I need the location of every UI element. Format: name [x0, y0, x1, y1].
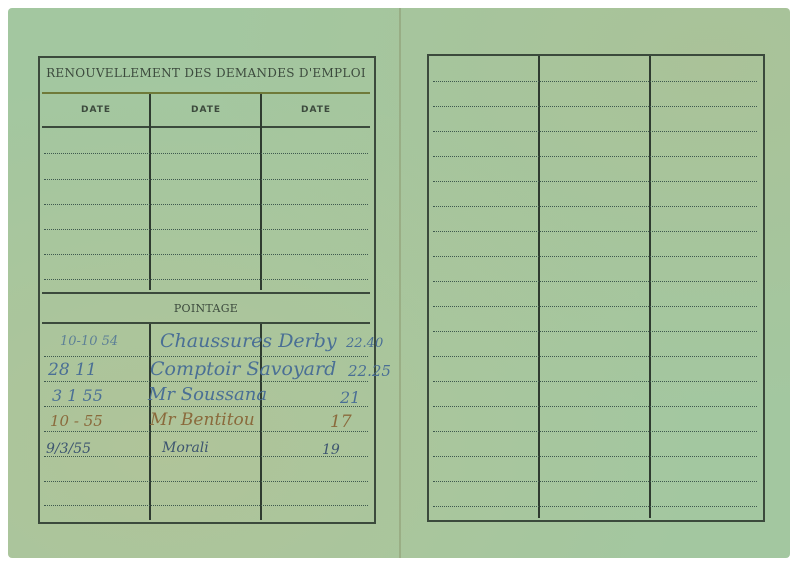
- pointage-row-line: [44, 381, 368, 382]
- entry-1-date: 10-10 54: [60, 334, 118, 349]
- pointage-title: POINTAGE: [40, 302, 372, 315]
- entry-3-date: 3 1 55: [52, 386, 103, 405]
- entry-2-amount: 22.25: [348, 362, 391, 380]
- right-row-line: [433, 181, 757, 182]
- pointage-row-line: [44, 456, 368, 457]
- right-row-line: [433, 281, 757, 282]
- entry-3-amount: 21: [340, 388, 360, 407]
- date-header-3: DATE: [262, 105, 370, 115]
- date-row-line: [44, 153, 368, 154]
- date-row-line: [44, 229, 368, 230]
- right-row-line: [433, 406, 757, 407]
- entry-2-employer: Comptoir Savoyard: [150, 358, 336, 380]
- right-row-line: [433, 256, 757, 257]
- right-row-line: [433, 231, 757, 232]
- pointage-col-divider-2: [260, 324, 262, 520]
- entry-5-amount: 19: [322, 442, 340, 458]
- right-row-line: [433, 456, 757, 457]
- right-col-divider-1: [538, 56, 540, 518]
- date-header-1: DATE: [42, 105, 150, 115]
- date-col-divider-1: [149, 94, 151, 290]
- entry-3-employer: Mr Soussana: [148, 384, 267, 405]
- entry-1-amount: 22.40: [346, 336, 383, 351]
- entry-4-date: 10 - 55: [50, 412, 103, 430]
- entry-2-date: 28 11: [48, 360, 97, 380]
- entry-1-employer: Chaussures Derby: [160, 330, 337, 352]
- date-header-divider: [42, 126, 370, 128]
- pointage-header-divider: [42, 322, 370, 324]
- pointage-row-line: [44, 505, 368, 506]
- blank-table-frame: [427, 54, 765, 522]
- entry-4-employer: Mr Bentitou: [150, 410, 255, 430]
- entry-5-employer: Morali: [162, 440, 209, 456]
- right-row-line: [433, 331, 757, 332]
- right-col-divider-2: [649, 56, 651, 518]
- date-header-2: DATE: [152, 105, 260, 115]
- right-row-line: [433, 106, 757, 107]
- right-row-line: [433, 306, 757, 307]
- right-row-line: [433, 206, 757, 207]
- right-row-line: [433, 431, 757, 432]
- date-row-line: [44, 279, 368, 280]
- right-row-line: [433, 356, 757, 357]
- date-col-divider-2: [260, 94, 262, 290]
- date-row-line: [44, 204, 368, 205]
- pointage-row-line: [44, 481, 368, 482]
- card-fold: [399, 8, 401, 558]
- title-divider: [42, 92, 370, 94]
- renewal-title: RENOUVELLEMENT DES DEMANDES D'EMPLOI: [40, 66, 372, 80]
- right-row-line: [433, 156, 757, 157]
- pointage-row-line: [44, 431, 368, 432]
- date-row-line: [44, 179, 368, 180]
- right-row-line: [433, 506, 757, 507]
- pointage-row-line: [44, 406, 368, 407]
- entry-5-date: 9/3/55: [46, 441, 91, 457]
- entry-4-amount: 17: [330, 412, 352, 432]
- right-row-line: [433, 481, 757, 482]
- right-row-line: [433, 381, 757, 382]
- pointage-row-line: [44, 356, 368, 357]
- right-row-line: [433, 81, 757, 82]
- pointage-top-divider: [42, 292, 370, 294]
- date-row-line: [44, 254, 368, 255]
- right-row-line: [433, 131, 757, 132]
